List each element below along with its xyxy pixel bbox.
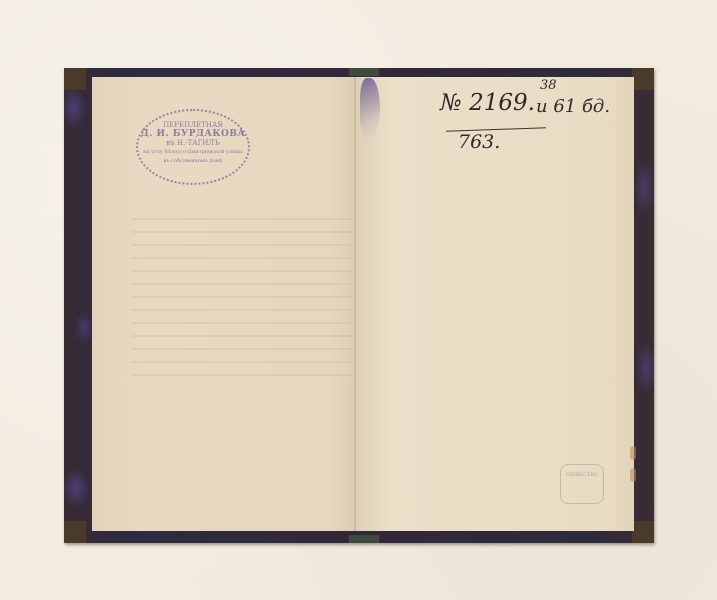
blind-embossed-stamp: ОБЩЕСТВО bbox=[560, 464, 604, 504]
show-through-text bbox=[132, 207, 352, 387]
foxing-stain bbox=[630, 468, 636, 482]
leather-corner bbox=[64, 521, 86, 543]
spine-strip-top bbox=[349, 68, 379, 76]
call-number: 763. bbox=[458, 131, 500, 153]
stamp-line: Д. И. БУРДАКОВА bbox=[138, 130, 248, 139]
spine-strip-bottom bbox=[349, 535, 379, 543]
shelfmark-annotation: и 61 бд. bbox=[536, 96, 610, 117]
leather-corner bbox=[632, 68, 654, 90]
ink-smudge bbox=[360, 78, 380, 138]
leather-corner bbox=[632, 521, 654, 543]
binder-stamp: ПЕРЕПЛЕТНАЯ Д. И. БУРДАКОВА въ Н.-ТАГИЛЪ… bbox=[136, 109, 250, 185]
stamp-line: въ собственномъ домѣ bbox=[138, 157, 248, 166]
leather-corner bbox=[64, 68, 86, 90]
book-cover: ПЕРЕПЛЕТНАЯ Д. И. БУРДАКОВА въ Н.-ТАГИЛЪ… bbox=[64, 68, 654, 543]
shelfmark-number: № 2169. bbox=[440, 90, 535, 116]
stamp-line: на углу Бѣлоуго-Дмитріевской улицы bbox=[138, 148, 248, 157]
blind-stamp-text: ОБЩЕСТВО bbox=[566, 472, 598, 478]
stamp-line: въ Н.-ТАГИЛЪ bbox=[138, 139, 248, 148]
left-pastedown-page: ПЕРЕПЛЕТНАЯ Д. И. БУРДАКОВА въ Н.-ТАГИЛЪ… bbox=[92, 77, 354, 531]
shelfmark-superscript: 38 bbox=[540, 78, 557, 93]
foxing-stain bbox=[630, 446, 636, 460]
